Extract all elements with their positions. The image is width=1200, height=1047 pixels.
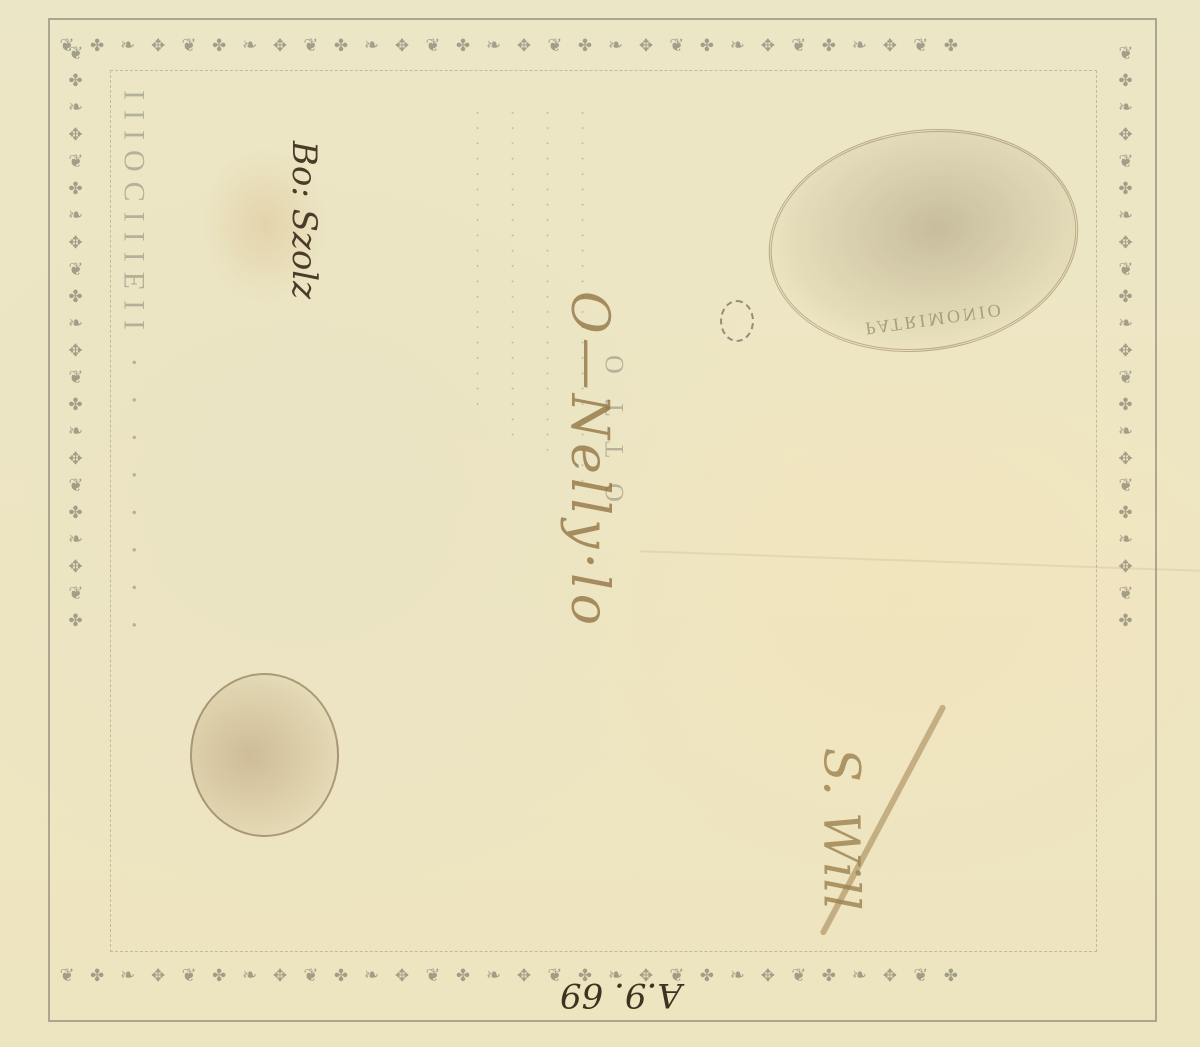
bleed-through-left-column: IIIOCIIIEII · · · · · · · · [118,90,152,640]
handwritten-note-top-left: Bo: Szolz [284,141,324,299]
ornamental-border-left: ❦✤❧✥❦✤❧✥❦✤❧✥❦✤❧✥❦✤❧✥❦✤ [55,40,95,1000]
handwritten-signature-center: O—Nelly·lo [559,291,619,629]
ornamental-border-top: ❦ ✤ ❧ ✥ ❦ ✤ ❧ ✥ ❦ ✤ ❧ ✥ ❦ ✤ ❧ ✥ ❦ ✤ ❧ ✥ … [60,25,1100,65]
bleed-through-text-column-3: · · · · · · · · · · · · · · · · · · · · … [540,110,558,930]
handwritten-signature-right: S. Will [812,748,870,911]
bleed-through-text-column-1: · · · · · · · · · · · · · · · · · · · · [470,110,488,930]
small-oval-seal [190,673,339,837]
ornamental-border-right: ❦✤❧✥❦✤❧✥❦✤❧✥❦✤❧✥❦✤❧✥❦✤ [1105,40,1145,1000]
bleed-through-text-column-2: · · · · · · · · · · · · · · · · · · · · … [505,110,523,930]
handwritten-circle-mark [720,300,754,342]
handwritten-catalog-annotation: A.9. 69 [560,975,682,1015]
